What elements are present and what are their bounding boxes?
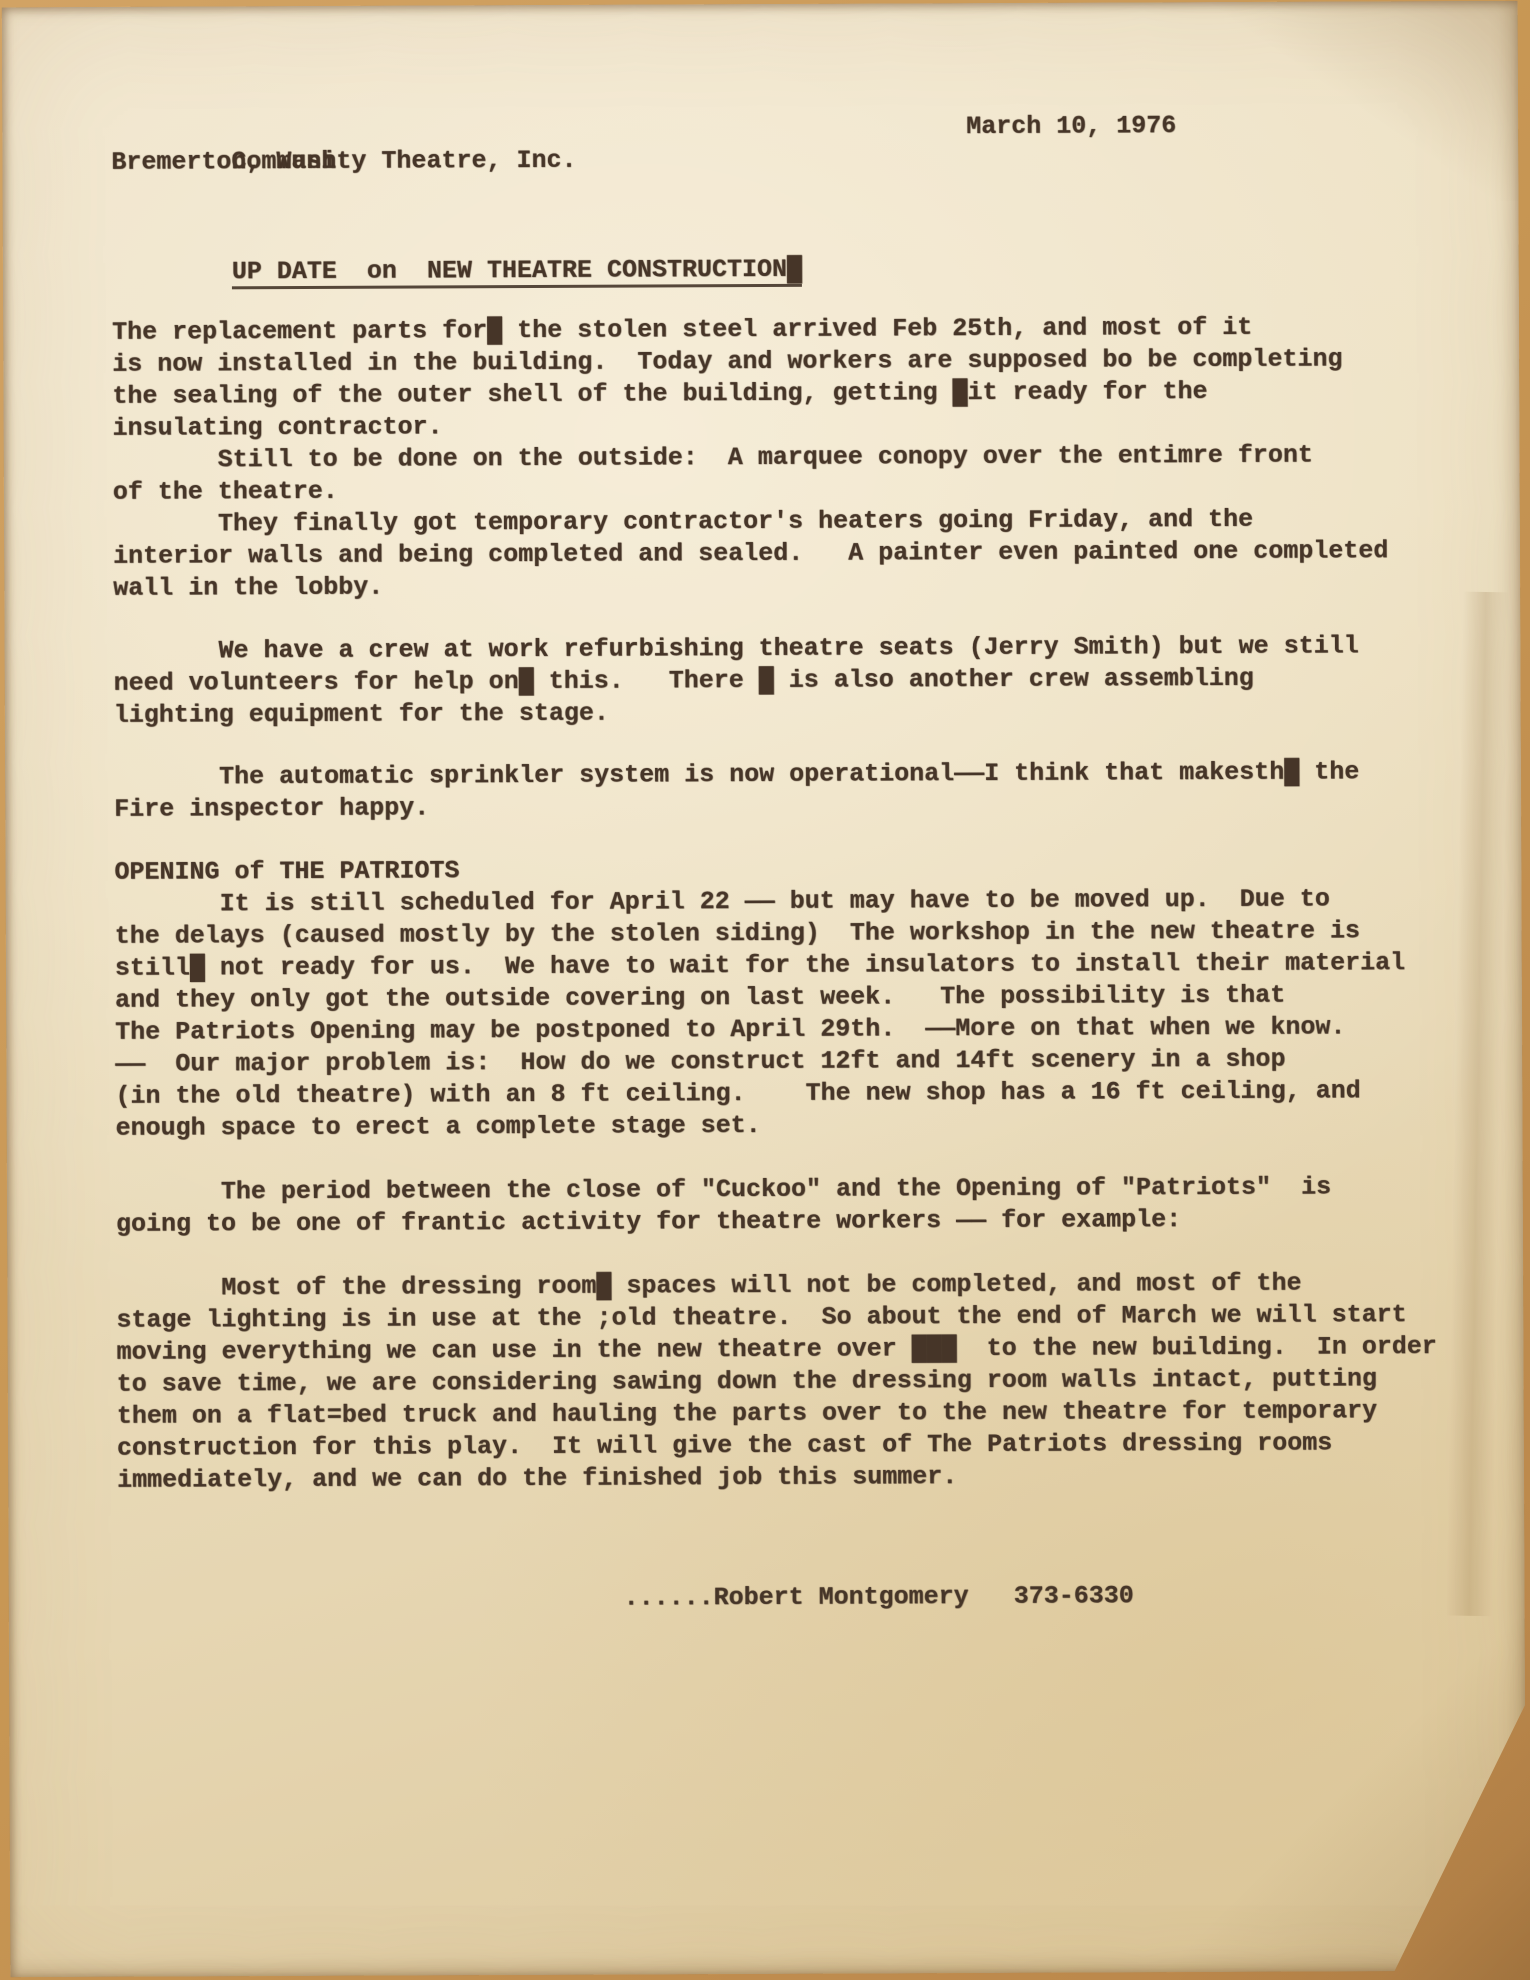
letterhead-org: Community Theatre, Inc.: [231, 146, 576, 177]
text-line: going to be one of frantic activity for …: [116, 1203, 1493, 1241]
text-line: We have a crew at work refurbishing thea…: [113, 630, 1490, 668]
text-line: interior walls and being completed and s…: [113, 535, 1490, 573]
text-line: still█ not ready for us. We have to wait…: [115, 947, 1492, 985]
paragraph-block: The period between the close of "Cuckoo"…: [116, 1171, 1493, 1241]
paragraph-block: The automatic sprinkler system is now op…: [114, 756, 1491, 826]
text-line: The automatic sprinkler system is now op…: [114, 756, 1491, 794]
text-line: The period between the close of "Cuckoo"…: [116, 1171, 1493, 1209]
body-blocks: The replacement parts for█ the stolen st…: [112, 311, 1494, 1497]
text-line: immediately, and we can do the finished …: [117, 1459, 1494, 1497]
letterhead-row: Community Theatre, Inc. March 10, 1976: [111, 109, 1488, 147]
paragraph-block: It is still scheduled for April 22 —— bu…: [115, 883, 1493, 1145]
text-line: construction for this play. It will give…: [117, 1427, 1494, 1465]
text-line: Fire inspector happy.: [114, 788, 1491, 826]
text-line: The Patriots Opening may be postponed to…: [115, 1011, 1492, 1049]
paragraph-block: Most of the dressing room█ spaces will n…: [116, 1267, 1494, 1497]
signature-line: ......Robert Montgomery 373-6330: [118, 1579, 1495, 1617]
scanner-backing: Community Theatre, Inc. March 10, 1976 B…: [0, 0, 1530, 1980]
letterhead-date: March 10, 1976: [966, 110, 1176, 143]
paragraph-block: They finally got temporary contractor's …: [113, 503, 1490, 605]
text-line: enough space to erect a complete stage s…: [116, 1107, 1493, 1145]
text-line: (in the old theatre) with an 8 ft ceilin…: [115, 1075, 1492, 1113]
document-title-text: UP DATE on NEW THEATRE CONSTRUCTION█: [232, 255, 802, 289]
text-line: lighting equipment for the stage.: [114, 694, 1491, 732]
text-line: Still to be done on the outside: A marqu…: [113, 439, 1490, 477]
paragraph-block: We have a crew at work refurbishing thea…: [113, 630, 1490, 732]
paragraph-block: Still to be done on the outside: A marqu…: [113, 439, 1490, 509]
scanned-letter-page: Community Theatre, Inc. March 10, 1976 B…: [2, 1, 1527, 1978]
text-line: wall in the lobby.: [113, 567, 1490, 605]
text-line: is now installed in the building. Today …: [112, 343, 1489, 381]
document-title: UP DATE on NEW THEATRE CONSTRUCTION█: [112, 219, 1489, 257]
typewritten-text: Community Theatre, Inc. March 10, 1976 B…: [2, 1, 1527, 1978]
paragraph-block: The replacement parts for█ the stolen st…: [112, 311, 1490, 445]
